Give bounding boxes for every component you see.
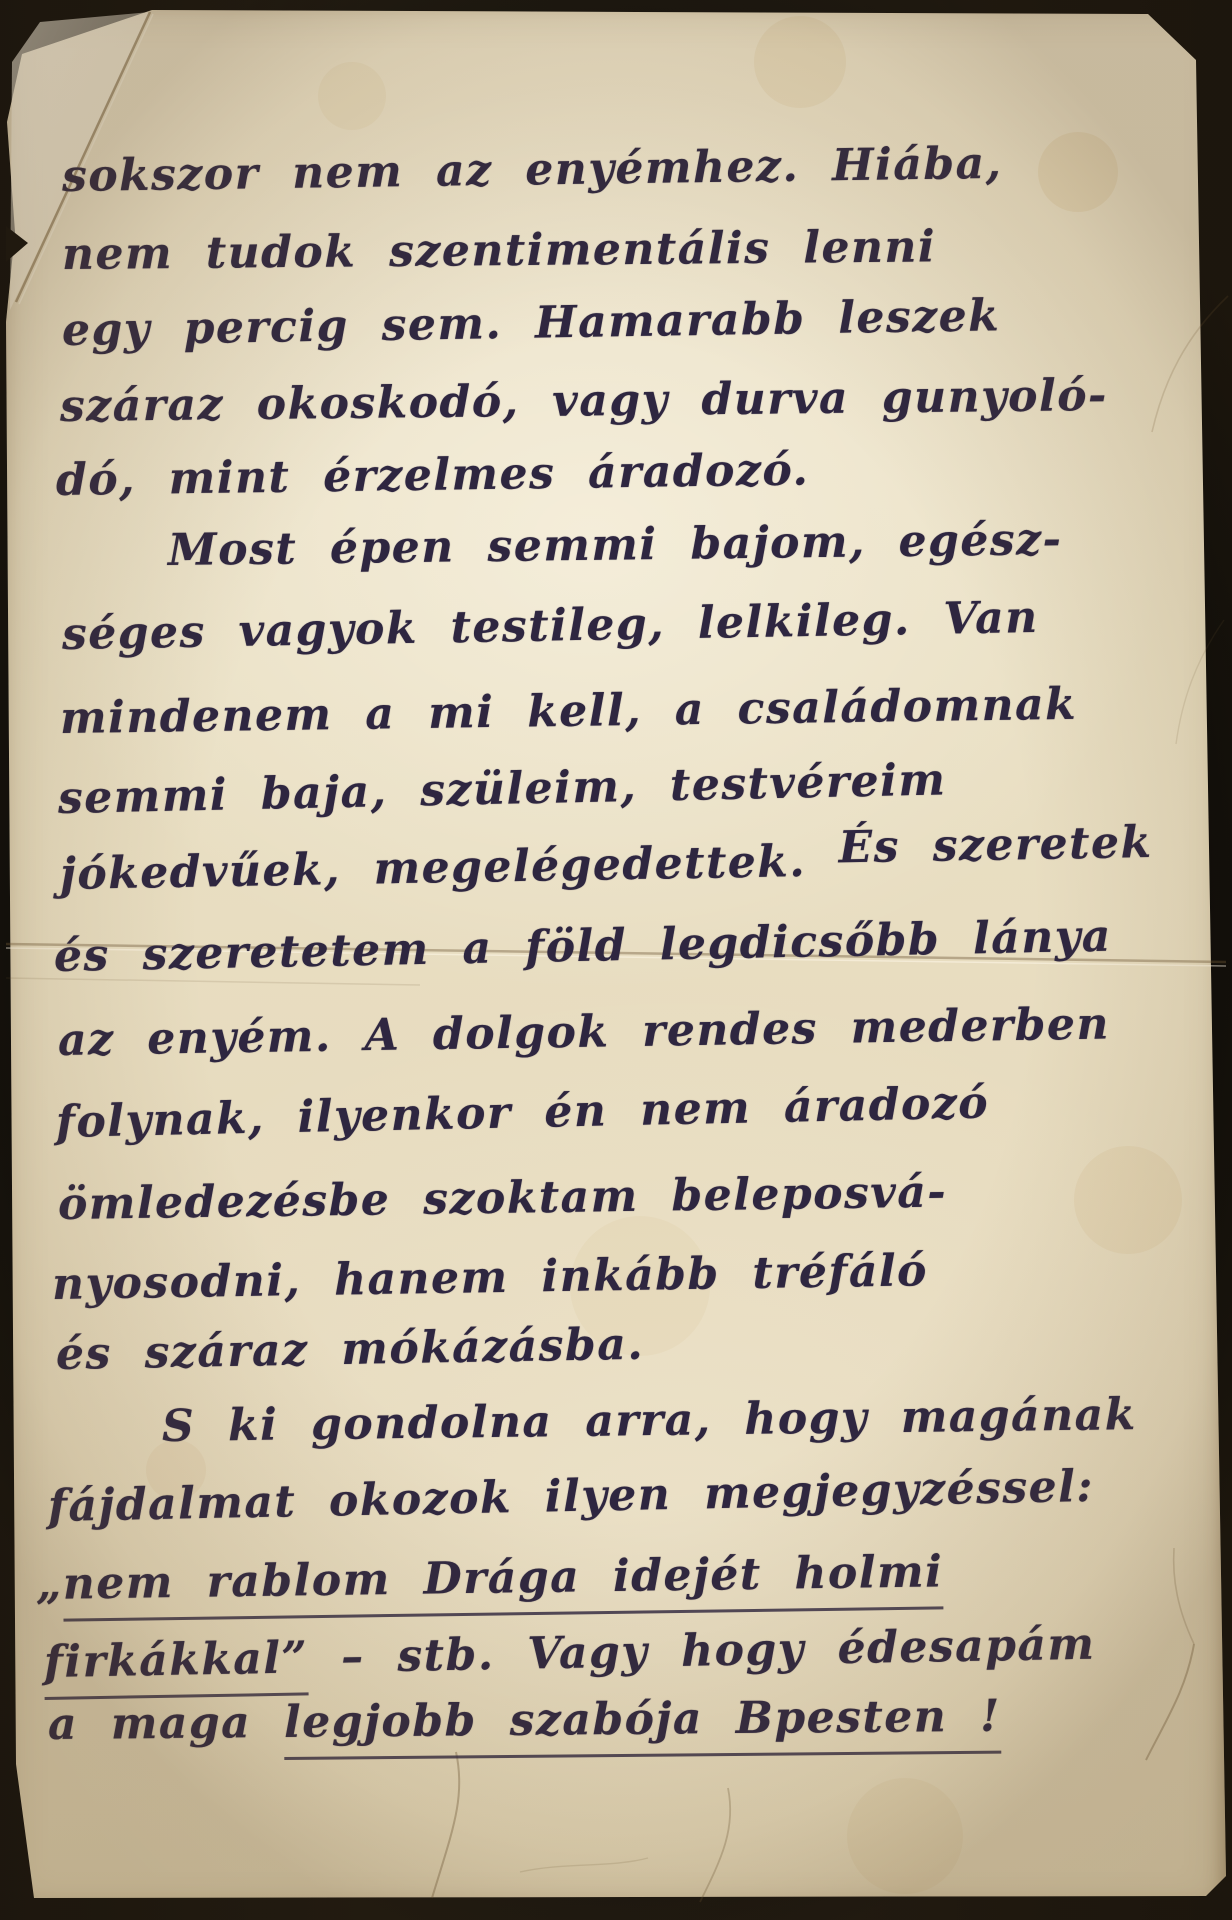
scan-background: sokszor nem az enyémhez. Hiába, nem tudo… — [0, 0, 1232, 1920]
letter-line: nem tudok szentimentális lenni — [62, 218, 937, 284]
letter-line: Most épen semmi bajom, egész- — [168, 511, 1063, 580]
letter-line: és száraz mókázásba. — [55, 1316, 644, 1384]
letter-line: a maga legjobb szabója Bpesten ! — [48, 1688, 1001, 1754]
letter-line: „nem rablom Drága idejét holmi — [36, 1543, 944, 1614]
letter-line: S ki gondolna arra, hogy magának — [162, 1386, 1137, 1456]
letter-line: ömledezésbe szoktam beleposvá- — [58, 1164, 948, 1234]
letter-line: dó, mint érzelmes áradozó. — [56, 441, 810, 510]
letter-line: száraz okoskodó, vagy durva gunyoló- — [60, 367, 1108, 436]
